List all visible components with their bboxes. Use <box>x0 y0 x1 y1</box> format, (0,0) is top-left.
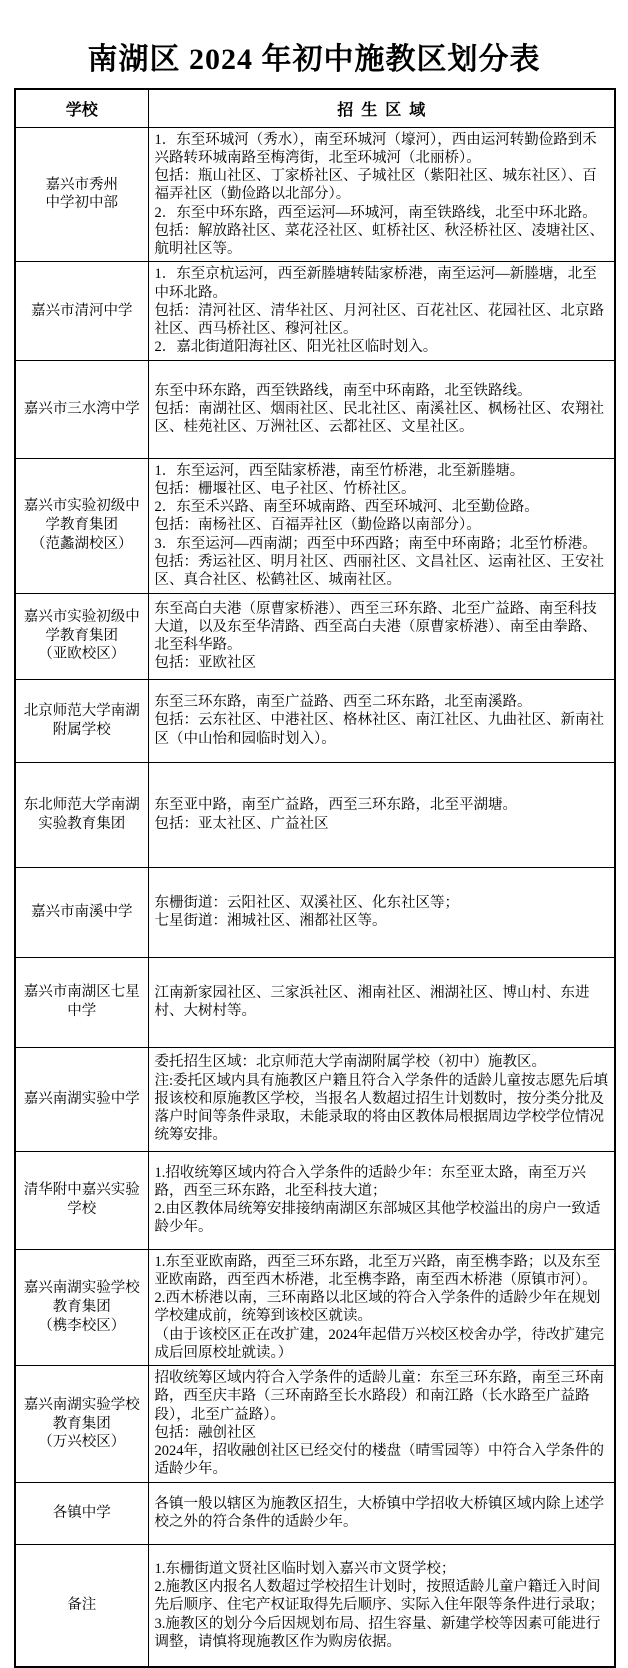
region-text: 1．东至运河，西至陆家桥港，南至竹桥港，北至新塍塘。 包括：栅堰社区、电子社区、… <box>148 458 615 593</box>
region-text: 东至亚中路，南至广益路，西至三环东路，北至平湖塘。 包括：亚太社区、广益社区 <box>148 762 615 867</box>
school-name: 嘉兴市秀州 中学初中部 <box>15 127 148 262</box>
school-name: 嘉兴市南湖区七星 中学 <box>15 957 148 1047</box>
school-name: 嘉兴南湖实验学校 教育集团 （槜李校区） <box>15 1249 148 1366</box>
region-text: 1．东至环城河（秀水），南至环城河（壕河），西由运河转勤俭路到禾兴路转环城南路至… <box>148 127 615 262</box>
region-text: 东栅街道：云阳社区、双溪社区、化东社区等； 七星街道：湘城社区、湘都社区等。 <box>148 867 615 957</box>
table-row: 嘉兴市三水湾中学 东至中环东路，西至铁路线，南至中环南路，北至铁路线。 包括：南… <box>15 360 615 458</box>
school-zone-table: 学校 招 生 区 域 嘉兴市秀州 中学初中部 1．东至环城河（秀水），南至环城河… <box>14 88 616 1668</box>
school-name: 清华附中嘉兴实验 学校 <box>15 1151 148 1249</box>
school-name: 嘉兴市实验初级中 学教育集团 （亚欧校区） <box>15 593 148 679</box>
school-name: 嘉兴市清河中学 <box>15 262 148 360</box>
region-text: 1.招收统筹区域内符合入学条件的适龄少年：东至亚太路，南至万兴路，西至三环东路，… <box>148 1151 615 1249</box>
table-row: 嘉兴市秀州 中学初中部 1．东至环城河（秀水），南至环城河（壕河），西由运河转勤… <box>15 127 615 262</box>
table-row: 各镇中学 各镇一般以辖区为施教区招生，大桥镇中学招收大桥镇区域内除上述学校之外的… <box>15 1482 615 1544</box>
table-row: 北京师范大学南湖 附属学校 东至三环东路，南至广益路、西至二环东路，北至南溪路。… <box>15 679 615 762</box>
table-row: 嘉兴市实验初级中 学教育集团 （范蠡湖校区） 1．东至运河，西至陆家桥港，南至竹… <box>15 458 615 593</box>
table-row: 嘉兴南湖实验学校 教育集团 （槜李校区） 1.东至亚欧南路，西至三环东路，北至万… <box>15 1249 615 1366</box>
header-school: 学校 <box>15 89 148 127</box>
school-name: 备注 <box>15 1544 148 1667</box>
page-title: 南湖区 2024 年初中施教区划分表 <box>0 34 628 78</box>
region-text: 1．东至京杭运河，西至新塍塘转陆家桥港，南至运河—新塍塘，北至中环北路。 包括：… <box>148 262 615 360</box>
table-row: 清华附中嘉兴实验 学校 1.招收统筹区域内符合入学条件的适龄少年：东至亚太路，南… <box>15 1151 615 1249</box>
school-name: 嘉兴市实验初级中 学教育集团 （范蠡湖校区） <box>15 458 148 593</box>
header-row: 学校 招 生 区 域 <box>15 89 615 127</box>
table-row: 嘉兴南湖实验学校 教育集团 （万兴校区） 招收统筹区域内符合入学条件的适龄儿童：… <box>15 1366 615 1483</box>
header-region: 招 生 区 域 <box>148 89 615 127</box>
table-row: 嘉兴市清河中学 1．东至京杭运河，西至新塍塘转陆家桥港，南至运河—新塍塘，北至中… <box>15 262 615 360</box>
school-name: 嘉兴市南溪中学 <box>15 867 148 957</box>
table-row: 嘉兴市实验初级中 学教育集团 （亚欧校区） 东至高白夫港（原曹家桥港）、西至三环… <box>15 593 615 679</box>
region-text: 江南新家园社区、三家浜社区、湘南社区、湘湖社区、博山村、东进村、大树村等。 <box>148 957 615 1047</box>
school-name: 嘉兴南湖实验学校 教育集团 （万兴校区） <box>15 1366 148 1483</box>
table-row: 备注 1.东栅街道文贤社区临时划入嘉兴市文贤学校； 2.施教区内报名人数超过学校… <box>15 1544 615 1667</box>
school-name: 东北师范大学南湖 实验教育集团 <box>15 762 148 867</box>
school-name: 各镇中学 <box>15 1482 148 1544</box>
region-text: 各镇一般以辖区为施教区招生，大桥镇中学招收大桥镇区域内除上述学校之外的符合条件的… <box>148 1482 615 1544</box>
region-text: 1.东栅街道文贤社区临时划入嘉兴市文贤学校； 2.施教区内报名人数超过学校招生计… <box>148 1544 615 1667</box>
table-row: 嘉兴市南溪中学 东栅街道：云阳社区、双溪社区、化东社区等； 七星街道：湘城社区、… <box>15 867 615 957</box>
region-text: 东至中环东路，西至铁路线，南至中环南路，北至铁路线。 包括：南湖社区、烟雨社区、… <box>148 360 615 458</box>
region-text: 东至高白夫港（原曹家桥港）、西至三环东路、北至广益路、南至科技大道，以及东至华清… <box>148 593 615 679</box>
school-name: 嘉兴南湖实验中学 <box>15 1047 148 1151</box>
table-row: 嘉兴市南湖区七星 中学 江南新家园社区、三家浜社区、湘南社区、湘湖社区、博山村、… <box>15 957 615 1047</box>
school-name: 北京师范大学南湖 附属学校 <box>15 679 148 762</box>
region-text: 1.东至亚欧南路，西至三环东路，北至万兴路，南至槜李路；以及东至亚欧南路，西至西… <box>148 1249 615 1366</box>
table-row: 嘉兴南湖实验中学 委托招生区域：北京师范大学南湖附属学校（初中）施教区。 注:委… <box>15 1047 615 1151</box>
school-name: 嘉兴市三水湾中学 <box>15 360 148 458</box>
region-text: 东至三环东路，南至广益路、西至二环东路，北至南溪路。 包括：云东社区、中港社区、… <box>148 679 615 762</box>
table-row: 东北师范大学南湖 实验教育集团 东至亚中路，南至广益路，西至三环东路，北至平湖塘… <box>15 762 615 867</box>
region-text: 委托招生区域：北京师范大学南湖附属学校（初中）施教区。 注:委托区域内具有施教区… <box>148 1047 615 1151</box>
region-text: 招收统筹区域内符合入学条件的适龄儿童：东至三环东路，南至三环南路，西至庆丰路（三… <box>148 1366 615 1483</box>
page: 南湖区 2024 年初中施教区划分表 学校 招 生 区 域 嘉兴市秀州 中学初中… <box>0 0 628 1668</box>
